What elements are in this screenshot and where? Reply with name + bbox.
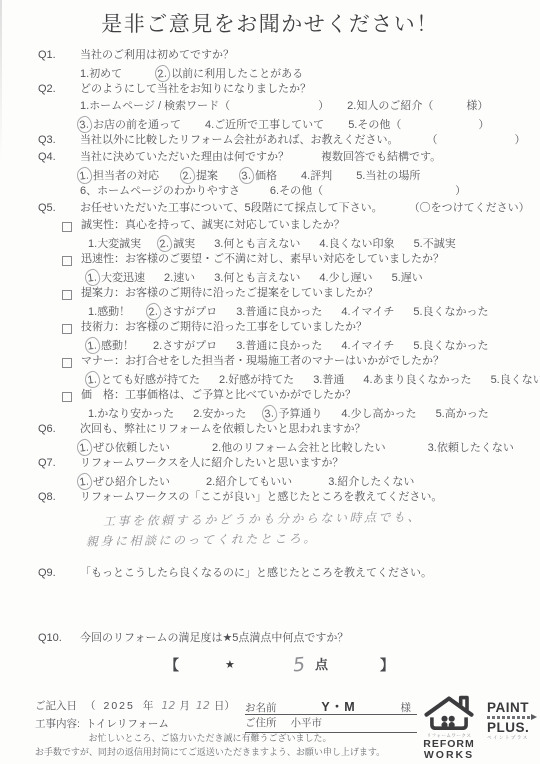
option-label: ホームページ / 検索ワード（ ） bbox=[89, 99, 329, 113]
question-q7: Q7. リフォームワークスを人に紹介したいと思いますか？ bbox=[0, 456, 540, 473]
question-text: 当社のご利用は初めてですか？ bbox=[80, 48, 234, 62]
option-label: 遅い bbox=[401, 271, 423, 285]
category-title: マナー：お打合せをした担当者・現場施工者のマナーはいかがでしたか？ bbox=[81, 354, 444, 368]
paint-plus-text2: PLUS. bbox=[487, 721, 539, 735]
q4-options-line2: 6、ホームページのわかりやすさ 6.その他（ ） bbox=[0, 184, 540, 201]
option-label: 普通に良かった bbox=[245, 339, 322, 353]
question-q1: Q1. 当社のご利用は初めてですか？ bbox=[0, 48, 540, 65]
thanks-line2: お手数ですが、同封の返信用封筒にてご返送いただきますよう、お願い申し上げます。 bbox=[28, 745, 392, 759]
option-number: 3. bbox=[214, 271, 223, 285]
option-label: ぜひ紹介したい bbox=[93, 475, 170, 489]
option-label: イマイチ bbox=[351, 305, 395, 319]
month-unit: 月 bbox=[179, 698, 190, 713]
option-label: 他のリフォーム会社と比較したい bbox=[221, 441, 385, 455]
option: 2.速い bbox=[164, 271, 195, 285]
option: 5.不誠実 bbox=[414, 237, 456, 251]
option-number: 3. bbox=[428, 441, 437, 455]
question-q2: Q2. どのようにして当社をお知りになりましたか？ bbox=[0, 82, 540, 99]
answer-blank: （ ） bbox=[426, 133, 525, 147]
q2-options-line1: 1.ホームページ / 検索ワード（ ） 2.知人のご紹介（ 様） bbox=[0, 99, 540, 116]
option: 3.何とも言えない bbox=[214, 271, 300, 285]
option: 2.さすがプロ bbox=[153, 339, 217, 353]
option-number: 4. bbox=[301, 169, 310, 183]
option-selected: 2.提案 bbox=[183, 167, 218, 184]
q5-item-proposal: 提案力：お客様のご期待に沿ったご提案をしていましたか？ bbox=[0, 286, 540, 303]
option-label: 担当者の対応 bbox=[93, 169, 159, 183]
option-label: 感動！ bbox=[101, 339, 134, 353]
question-text: リフォームワークスを人に紹介したいと思いますか？ bbox=[80, 456, 343, 470]
option: 3.紹介したくない bbox=[328, 475, 414, 489]
question-id: Q1. bbox=[38, 48, 80, 62]
option-number: 4. bbox=[341, 407, 350, 421]
question-q6: Q6. 次回も、弊社にリフォームを依頼したいと思われますか？ bbox=[0, 422, 540, 439]
option: 1.大変誠実 bbox=[88, 237, 141, 251]
option-label: 速い bbox=[173, 271, 195, 285]
category-title: 迅速性：お客様のご要望・ご不満に対し、素早い対応をしていましたか？ bbox=[81, 252, 444, 266]
category-title: 技術力：お客様のご期待に沿った工事をしていましたか？ bbox=[81, 320, 367, 334]
option-number: 4. bbox=[341, 339, 350, 353]
option-number: 5. bbox=[348, 118, 357, 132]
option-number: 5. bbox=[491, 373, 500, 387]
option-selected: 1.感動！ bbox=[88, 337, 134, 354]
address-value: 小平市 bbox=[291, 715, 323, 730]
option: 4.あまり良くなかった bbox=[363, 373, 471, 387]
option: 6.その他（ ） bbox=[270, 184, 466, 198]
option-label: 何とも言えない bbox=[223, 271, 300, 285]
question-q5: Q5. お任せいただいた工事について、5段階にて採点して下さい。 （〇をつけてく… bbox=[0, 201, 540, 218]
option-number: 5. bbox=[413, 339, 422, 353]
option-number: 5. bbox=[436, 407, 445, 421]
q5-item-manner: マナー：お打合せをした担当者・現場施工者のマナーはいかがでしたか？ bbox=[0, 354, 540, 371]
option-label: ご近所で工事していて bbox=[214, 118, 324, 132]
question-text: 「もっとこうしたら良くなるのに」と感じたところを教えてください。 bbox=[80, 566, 432, 580]
checkbox-icon bbox=[62, 290, 72, 300]
option: 4.ご近所で工事していて bbox=[205, 118, 324, 132]
option-label: 感動！ bbox=[97, 305, 130, 319]
option-label: 大変誠実 bbox=[97, 237, 141, 251]
question-text: 次回も、弊社にリフォームを依頼したいと思われますか？ bbox=[80, 422, 365, 436]
circled-number: 2. bbox=[145, 302, 162, 321]
option-label: さすがプロ bbox=[162, 305, 217, 319]
option: 5.高かった bbox=[436, 407, 489, 421]
option-number: 4. bbox=[205, 118, 214, 132]
category-title: 提案力：お客様のご期待に沿ったご提案をしていましたか？ bbox=[81, 286, 378, 300]
option: 5.その他（ ） bbox=[348, 118, 489, 132]
option-label: 少し遅い bbox=[329, 271, 373, 285]
option-number: 6. bbox=[270, 184, 279, 198]
footer-name-block: お名前 Y・M 様 ご住所 小平市 bbox=[245, 697, 417, 733]
option: 2.他のリフォーム会社と比較したい bbox=[212, 441, 386, 455]
option-label: 良くない印象 bbox=[329, 237, 395, 251]
option-label: 普通に良かった bbox=[245, 305, 322, 319]
option-label: 高かった bbox=[445, 407, 489, 421]
option-number: 1. bbox=[88, 305, 97, 319]
option-label: 何とも言えない bbox=[223, 237, 300, 251]
thanks-line1: お忙しいところ、ご協力いただき誠に有難うございました。 bbox=[28, 731, 392, 745]
handwritten-month: 12 bbox=[161, 699, 175, 712]
option-number: 3. bbox=[236, 339, 245, 353]
option-label: 大変迅速 bbox=[101, 271, 145, 285]
circled-number: 1. bbox=[76, 438, 93, 457]
name-label: お名前 bbox=[245, 700, 277, 715]
option-selected: 2.以前に利用したことがある bbox=[158, 65, 303, 82]
score-unit: 点 bbox=[315, 658, 328, 672]
option-number: 3. bbox=[236, 305, 245, 319]
option-number: 2. bbox=[206, 475, 215, 489]
q7-options: 1.ぜひ紹介したい 2.紹介してもいい 3.紹介したくない bbox=[0, 473, 540, 490]
option-number: 2. bbox=[347, 99, 356, 113]
question-id: Q7. bbox=[38, 456, 80, 470]
option-number: 4. bbox=[363, 373, 372, 387]
name-suffix: 様 bbox=[401, 700, 412, 715]
option-selected: 3.お店の前を通って bbox=[80, 116, 181, 133]
option: 3.普通 bbox=[313, 373, 344, 387]
question-id: Q9. bbox=[38, 566, 80, 580]
category-title: 価 格：工事価格は、ご予算と比べていかがでしたか？ bbox=[81, 388, 356, 402]
question-q3: Q3. 当社以外に比較したリフォーム会社があれば、お教えください。 （ ） bbox=[0, 133, 540, 150]
option: 1.かなり安かった bbox=[88, 407, 174, 421]
option-selected: 3.価格 bbox=[242, 167, 277, 184]
question-q10: Q10. 今回のリフォームの満足度は★5点満点中何点ですか？ bbox=[0, 631, 540, 648]
q5-item-sincerity: 誠実性：真心を持って、誠実に対応していましたか？ bbox=[0, 218, 540, 235]
option: 1.感動！ bbox=[88, 305, 130, 319]
question-text: 当社以外に比較したリフォーム会社があれば、お教えください。 bbox=[80, 133, 398, 147]
option-label: 知人のご紹介（ 様） bbox=[356, 99, 488, 113]
option: 2.安かった bbox=[193, 407, 246, 421]
circled-number: 2. bbox=[154, 64, 171, 83]
circled-number: 3. bbox=[238, 166, 255, 185]
questionnaire-page: 是非ご意見をお聞かせください！ Q1. 当社のご利用は初めてですか？ 1.初めて… bbox=[0, 0, 540, 764]
option-number: 4. bbox=[319, 271, 328, 285]
entry-date-row: ご記入日 （ 2025 年 12 月 12 日） bbox=[35, 698, 235, 716]
q1-options: 1.初めて 2.以前に利用したことがある bbox=[0, 65, 540, 82]
option-number: 2. bbox=[193, 407, 202, 421]
footer-thanks: お忙しいところ、ご協力いただき誠に有難うございました。 お手数ですが、同封の返信… bbox=[28, 731, 392, 759]
option-label: あまり良くなかった bbox=[373, 373, 472, 387]
q5-item-proposal-options: 1.感動！ 2.さすがプロ 3.普通に良かった 4.イマイチ 5.良くなかった bbox=[0, 303, 540, 320]
option-label: 好感が持てた bbox=[228, 373, 294, 387]
option-number: 2. bbox=[219, 373, 228, 387]
circled-number: 2. bbox=[179, 166, 196, 185]
question-q8: Q8. リフォームワークスの「ここが良い」と感じたところを教えてください。 bbox=[0, 490, 540, 507]
option-number: 6、 bbox=[80, 184, 97, 198]
question-text: お任せいただいた工事について、5段階にて採点して下さい。 bbox=[80, 201, 383, 215]
q5-item-speed-options: 1.大変迅速 2.速い 3.何とも言えない 4.少し遅い 5.遅い bbox=[0, 269, 540, 286]
bracket-open: 【 bbox=[165, 658, 179, 672]
option-label: 誠実 bbox=[173, 237, 195, 251]
option: 3.普通に良かった bbox=[236, 339, 322, 353]
option-label: 良くなかった bbox=[423, 339, 489, 353]
handwritten-day: 12 bbox=[196, 699, 210, 712]
question-id: Q5. bbox=[38, 201, 80, 215]
bracket-close: 】 bbox=[380, 658, 394, 672]
q5-item-technique: 技術力：お客様のご期待に沿った工事をしていましたか？ bbox=[0, 320, 540, 337]
category-title: 誠実性：真心を持って、誠実に対応していましたか？ bbox=[81, 218, 345, 232]
option-number: 2. bbox=[153, 339, 162, 353]
date-label: ご記入日 bbox=[35, 698, 77, 713]
work-value: トイレリフォーム bbox=[86, 716, 169, 731]
q6-options: 1.ぜひ依頼したい 2.他のリフォーム会社と比較したい 3.依頼したくない bbox=[0, 439, 540, 456]
checkbox-icon bbox=[62, 358, 72, 368]
q5-item-technique-options: 1.感動！ 2.さすがプロ 3.普通に良かった 4.イマイチ 5.良くなかった bbox=[0, 337, 540, 354]
option-selected: 1.ぜひ依頼したい bbox=[80, 439, 170, 456]
option-number: 5. bbox=[356, 169, 365, 183]
option-label: 価格 bbox=[255, 169, 277, 183]
option: 5.良くなかった bbox=[413, 305, 488, 319]
option: 4.少し遅い bbox=[319, 271, 372, 285]
q5-item-manner-options: 1.とても好感が持てた 2.好感が持てた 3.普通 4.あまり良くなかった 5.… bbox=[0, 371, 540, 388]
option: 4.イマイチ bbox=[341, 339, 394, 353]
option-label: 予算通り bbox=[278, 407, 322, 421]
spacer bbox=[0, 583, 540, 631]
option: 5.遅い bbox=[392, 271, 423, 285]
paint-plus-logo: PAINT PLUS. ペイントプラス bbox=[487, 701, 539, 741]
address-label: ご住所 bbox=[245, 715, 277, 730]
checkbox-icon bbox=[62, 222, 72, 232]
circled-number: 1. bbox=[76, 472, 93, 491]
house-icon bbox=[421, 694, 477, 730]
option-label: さすがプロ bbox=[162, 339, 217, 353]
year-value: 2025 bbox=[104, 700, 135, 712]
question-id: Q4. bbox=[38, 150, 80, 164]
question-text: 今回のリフォームの満足度は★5点満点中何点ですか？ bbox=[80, 631, 348, 645]
year-unit: 年 bbox=[143, 698, 154, 713]
name-row: お名前 Y・M 様 bbox=[245, 697, 417, 715]
work-label: 工事内容: bbox=[35, 716, 80, 731]
reform-works-text2: WORKS bbox=[414, 750, 484, 761]
circled-number: 1. bbox=[76, 166, 93, 185]
option: 3.普通に良かった bbox=[236, 305, 322, 319]
footer-left: ご記入日 （ 2025 年 12 月 12 日） 工事内容: トイレリフォーム bbox=[35, 698, 235, 734]
option-label: イマイチ bbox=[351, 339, 395, 353]
q5-item-price-options: 1.かなり安かった 2.安かった 3.予算通り 4.少し高かった 5.高かった bbox=[0, 405, 540, 422]
option-selected: 3.予算通り bbox=[265, 405, 322, 422]
option: 4.良くない印象 bbox=[319, 237, 394, 251]
handwritten-score: 5 bbox=[292, 657, 305, 672]
option-number: 3. bbox=[328, 475, 337, 489]
option-label: お店の前を通って bbox=[93, 118, 181, 132]
name-value: Y・M bbox=[277, 697, 401, 715]
option: 3.何とも言えない bbox=[214, 237, 300, 251]
option-label: 少し高かった bbox=[351, 407, 417, 421]
option-selected: 1.担当者の対応 bbox=[80, 167, 159, 184]
circled-number: 1. bbox=[84, 268, 101, 287]
question-id: Q2. bbox=[38, 82, 80, 96]
paint-plus-kana: ペイントプラス bbox=[487, 735, 539, 741]
circled-number: 1. bbox=[84, 370, 101, 389]
question-text: リフォームワークスの「ここが良い」と感じたところを教えてください。 bbox=[80, 490, 442, 504]
option-number: 1. bbox=[80, 99, 89, 113]
question-id: Q10. bbox=[38, 631, 80, 645]
option-number: 2. bbox=[212, 441, 221, 455]
question-note: 複数回答でも結構です。 bbox=[321, 150, 441, 164]
option-label: 良くなかった bbox=[423, 305, 489, 319]
option-selected: 2.さすがプロ bbox=[149, 303, 217, 320]
option-label: ぜひ依頼したい bbox=[93, 441, 170, 455]
question-text: 当社に決めていただいた理由は何ですか？ bbox=[80, 150, 289, 164]
option-number: 1. bbox=[88, 237, 97, 251]
option: 1.ホームページ / 検索ワード（ ） bbox=[80, 99, 329, 113]
form-title: 是非ご意見をお聞かせください！ bbox=[0, 8, 540, 38]
q5-item-price: 価 格：工事価格は、ご予算と比べていかがでしたか？ bbox=[0, 388, 540, 405]
option-label: 紹介してもいい bbox=[215, 475, 292, 489]
option-selected: 2.誠実 bbox=[160, 235, 195, 252]
checkbox-icon bbox=[62, 324, 72, 334]
option: 5.良くなかった bbox=[413, 339, 488, 353]
option-number: 5. bbox=[413, 305, 422, 319]
option-selected: 1.とても好感が持てた bbox=[88, 371, 200, 388]
q5-item-sincerity-options: 1.大変誠実 2.誠実 3.何とも言えない 4.良くない印象 5.不誠実 bbox=[0, 235, 540, 252]
circled-number: 1. bbox=[84, 336, 101, 355]
option-number: 5. bbox=[392, 271, 401, 285]
option-number: 1. bbox=[88, 407, 97, 421]
option-label: 評判 bbox=[310, 169, 332, 183]
option-label: とても好感が持てた bbox=[101, 373, 200, 387]
option-label: 以前に利用したことがある bbox=[171, 67, 303, 81]
star-icon: ★ bbox=[225, 658, 235, 672]
question-text: どのようにして当社をお知りになりましたか？ bbox=[80, 82, 311, 96]
paint-plus-text1: PAINT bbox=[487, 701, 539, 715]
option-label: 良くない bbox=[500, 373, 540, 387]
question-q4: Q4. 当社に決めていただいた理由は何ですか？ 複数回答でも結構です。 bbox=[0, 150, 540, 167]
option-label: 提案 bbox=[196, 169, 218, 183]
option: 4.イマイチ bbox=[341, 305, 394, 319]
option-number: 5. bbox=[414, 237, 423, 251]
option: 2.紹介してもいい bbox=[206, 475, 292, 489]
option-label: その他（ ） bbox=[357, 118, 489, 132]
option-label: その他（ ） bbox=[279, 184, 466, 198]
circled-number: 3. bbox=[261, 404, 278, 423]
circled-number: 3. bbox=[76, 115, 93, 134]
checkbox-icon bbox=[62, 392, 72, 402]
q10-answer-row: 【 ★ 5 点 】 bbox=[0, 652, 540, 678]
option-number: 4. bbox=[341, 305, 350, 319]
question-q9: Q9. 「もっとこうしたら良くなるのに」と感じたところを教えてください。 bbox=[0, 566, 540, 583]
question-id: Q6. bbox=[38, 422, 80, 436]
day-unit: 日） bbox=[214, 698, 235, 713]
option: 3.依頼したくない bbox=[428, 441, 514, 455]
option: 5.良くない bbox=[491, 373, 540, 387]
question-note: （〇をつけてください） bbox=[409, 201, 530, 215]
checkbox-icon bbox=[62, 256, 72, 266]
q2-options-line2: 3.お店の前を通って 4.ご近所で工事していて 5.その他（ ） bbox=[0, 116, 540, 133]
option: 4.評判 bbox=[301, 169, 332, 183]
option-label: 安かった bbox=[202, 407, 246, 421]
option: 4.少し高かった bbox=[341, 407, 416, 421]
question-id: Q3. bbox=[38, 133, 80, 147]
option: 1.初めて bbox=[80, 67, 122, 81]
question-id: Q8. bbox=[38, 490, 80, 504]
option-number: 3. bbox=[214, 237, 223, 251]
paint-plus-arrow-icon bbox=[487, 716, 531, 719]
option-selected: 1.大変迅速 bbox=[88, 269, 145, 286]
option-label: 不誠実 bbox=[423, 237, 456, 251]
option: 2.知人のご紹介（ 様） bbox=[347, 99, 488, 113]
option: 2.好感が持てた bbox=[219, 373, 294, 387]
option: 6、ホームページのわかりやすさ bbox=[80, 184, 240, 198]
reform-works-logo: リフォームワークス REFORM WORKS bbox=[414, 694, 484, 761]
option-number: 4. bbox=[319, 237, 328, 251]
option-label: ホームページのわかりやすさ bbox=[97, 184, 240, 198]
q5-item-speed: 迅速性：お客様のご要望・ご不満に対し、素早い対応をしていましたか？ bbox=[0, 252, 540, 269]
option-label: 紹介したくない bbox=[337, 475, 414, 489]
option-number: 1. bbox=[80, 67, 89, 81]
paren-open: （ bbox=[85, 698, 96, 713]
option-label: かなり安かった bbox=[97, 407, 174, 421]
option-selected: 1.ぜひ紹介したい bbox=[80, 473, 170, 490]
option-label: 当社の場所 bbox=[365, 169, 420, 183]
option-number: 2. bbox=[164, 271, 173, 285]
option-label: 依頼したくない bbox=[437, 441, 514, 455]
circled-number: 2. bbox=[156, 234, 173, 253]
option: 5.当社の場所 bbox=[356, 169, 420, 183]
option-label: 初めて bbox=[89, 67, 122, 81]
q4-options-line1: 1.担当者の対応 2.提案 3.価格 4.評判 5.当社の場所 bbox=[0, 167, 540, 184]
option-number: 3. bbox=[313, 373, 322, 387]
option-label: 普通 bbox=[322, 373, 344, 387]
